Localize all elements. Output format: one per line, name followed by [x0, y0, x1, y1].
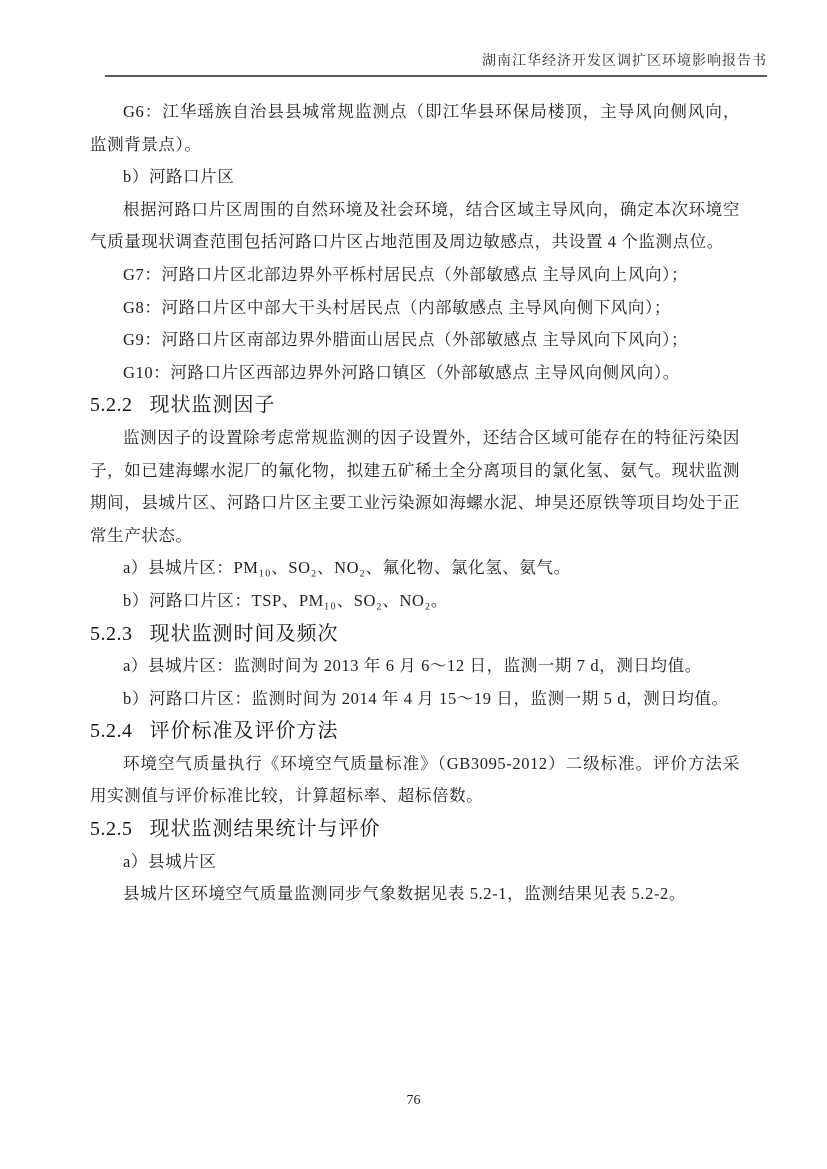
page-number: 76: [0, 1093, 827, 1109]
paragraph-time-county: a）县城片区：监测时间为 2013 年 6 月 6～12 日，监测一期 7 d，…: [90, 650, 740, 683]
section-title: 现状监测结果统计与评价: [150, 818, 381, 840]
section-number: 5.2.5: [90, 818, 133, 840]
section-number: 5.2.4: [90, 720, 133, 742]
paragraph-item-b-heluokou: b）河路口片区: [90, 161, 740, 194]
document-page: { "header": { "title": "湖南江华经济开发区调扩区环境影响…: [0, 0, 827, 1169]
paragraph-g7: G7：河路口片区北部边界外平栎村居民点（外部敏感点 主导风向上风向）；: [90, 259, 740, 292]
paragraph-g10: G10：河路口片区西部边界外河路口镇区（外部敏感点 主导风向侧风向）。: [90, 357, 740, 390]
running-header: 湖南江华经济开发区调扩区环境影响报告书: [105, 54, 767, 77]
document-body: G6：江华瑶族自治县县城常规监测点（即江华县环保局楼顶，主导风向侧风向，监测背景…: [90, 96, 740, 911]
paragraph-factors-heluokou: b）河路口片区：TSP、PM₁₀、SO₂、NO₂。: [90, 585, 740, 618]
section-heading-522: 5.2.2现状监测因子: [90, 389, 740, 422]
paragraph-monitoring-factors: 监测因子的设置除考虑常规监测的因子设置外，还结合区域可能存在的特征污染因子，如已…: [90, 422, 740, 552]
section-title: 现状监测因子: [150, 394, 276, 416]
paragraph-heluokou-scope: 根据河路口片区周围的自然环境及社会环境，结合区域主导风向，确定本次环境空气质量现…: [90, 194, 740, 259]
section-title: 评价标准及评价方法: [150, 720, 339, 742]
paragraph-item-a-county: a）县城片区: [90, 846, 740, 879]
paragraph-time-heluokou: b）河路口片区：监测时间为 2014 年 4 月 15～19 日，监测一期 5 …: [90, 683, 740, 716]
paragraph-results-reference: 县城片区环境空气质量监测同步气象数据见表 5.2-1，监测结果见表 5.2-2。: [90, 878, 740, 911]
paragraph-g9: G9：河路口片区南部边界外腊面山居民点（外部敏感点 主导风向下风向）；: [90, 324, 740, 357]
running-header-title: 湖南江华经济开发区调扩区环境影响报告书: [482, 54, 767, 69]
section-number: 5.2.2: [90, 394, 133, 416]
paragraph-factors-county: a）县城片区：PM₁₀、SO₂、NO₂、氟化物、氯化氢、氨气。: [90, 552, 740, 585]
section-number: 5.2.3: [90, 623, 133, 645]
section-heading-525: 5.2.5现状监测结果统计与评价: [90, 813, 740, 846]
paragraph-g6: G6：江华瑶族自治县县城常规监测点（即江华县环保局楼顶，主导风向侧风向，监测背景…: [90, 96, 740, 161]
section-heading-524: 5.2.4评价标准及评价方法: [90, 715, 740, 748]
section-heading-523: 5.2.3现状监测时间及频次: [90, 618, 740, 651]
section-title: 现状监测时间及频次: [150, 623, 339, 645]
paragraph-g8: G8：河路口片区中部大干头村居民点（内部敏感点 主导风向侧下风向）；: [90, 292, 740, 325]
paragraph-standards: 环境空气质量执行《环境空气质量标准》（GB3095-2012）二级标准。评价方法…: [90, 748, 740, 813]
